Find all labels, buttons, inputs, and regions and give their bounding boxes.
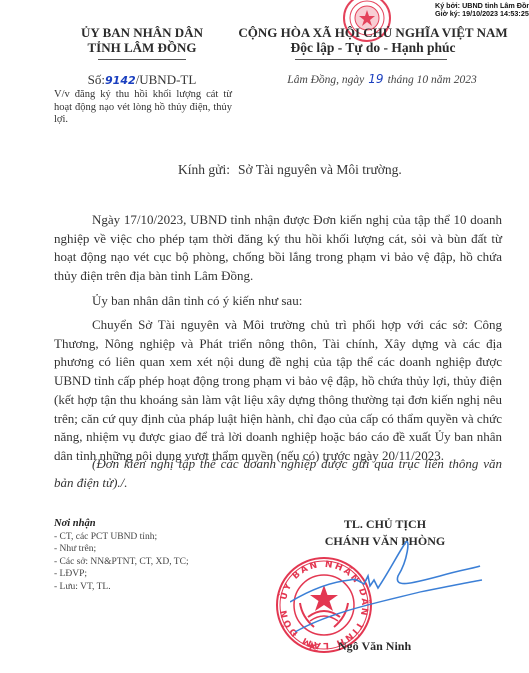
paragraph-text: Ủy ban nhân dân tỉnh có ý kiến như sau: [54,292,502,311]
body-paragraph: Ngày 17/10/2023, UBND tỉnh nhận được Đơn… [54,211,502,286]
recipient-item: - LĐVP; [54,568,189,581]
paragraph-text: (Đơn kiến nghị tập thể các doanh nghiệp … [54,455,502,492]
document-number: Số:9142/UBND-TL [52,72,232,88]
doc-number-suffix: /UBND-TL [136,72,197,87]
date-place: Lâm Đồng, ngày [287,74,364,86]
body-paragraph: Chuyển Sở Tài nguyên và Môi trường chủ t… [54,316,502,466]
paragraph-text: Ngày 17/10/2023, UBND tỉnh nhận được Đơn… [54,211,502,286]
recipients-list: Nơi nhận - CT, các PCT UBND tỉnh; - Như … [54,518,189,594]
recipient-item: - Lưu: VT, TL. [54,581,189,594]
national-heading: CỘNG HÒA XÃ HỘI CHỦ NGHĨA VIỆT NAM Độc l… [228,25,518,55]
greeting-label: Kính gửi: [178,162,230,177]
signer-name: Ngô Văn Ninh [338,639,411,654]
national-motto: Độc lập - Tự do - Hạnh phúc [228,40,518,55]
signed-at: Giờ ký: 19/10/2023 14:53:25 [435,10,529,18]
doc-number-handwritten: 9142 [105,74,136,87]
org-line-1: ỦY BAN NHÂN DÂN [52,25,232,40]
nation-title: CỘNG HÒA XÃ HỘI CHỦ NGHĨA VIỆT NAM [228,25,518,40]
handwritten-signature-icon [290,540,520,640]
doc-number-prefix: Số: [88,72,105,87]
date-line: Lâm Đồng, ngày19tháng 10 năm 2023 [262,72,502,86]
body-paragraph: Ủy ban nhân dân tỉnh có ý kiến như sau: [54,292,502,311]
digital-signature-info: Ký bởi: UBND tỉnh Lâm Đồng Giờ ký: 19/10… [435,2,529,18]
date-rest: tháng 10 năm 2023 [388,74,477,86]
motto-underline [295,59,447,60]
greeting-recipient: Sở Tài nguyên và Môi trường. [238,162,402,177]
recipient-item: - CT, các PCT UBND tỉnh; [54,531,189,544]
recipient-item: - Như trên; [54,543,189,556]
paragraph-text: Chuyển Sở Tài nguyên và Môi trường chủ t… [54,316,502,466]
document-subject: V/v đăng ký thu hồi khối lượng cát từ ho… [54,89,232,127]
org-line-2: TỈNH LÂM ĐỒNG [52,40,232,55]
signer-line-1: TL. CHỦ TỊCH [300,516,470,533]
org-underline [98,59,186,60]
recipients-title: Nơi nhận [54,518,189,531]
date-day-handwritten: 19 [368,72,383,86]
greeting: Kính gửi:Sở Tài nguyên và Môi trường. [178,162,402,178]
recipient-item: - Các sở: NN&PTNT, CT, XD, TC; [54,556,189,569]
issuing-authority: ỦY BAN NHÂN DÂN TỈNH LÂM ĐỒNG [52,25,232,55]
body-paragraph-note: (Đơn kiến nghị tập thể các doanh nghiệp … [54,455,502,492]
